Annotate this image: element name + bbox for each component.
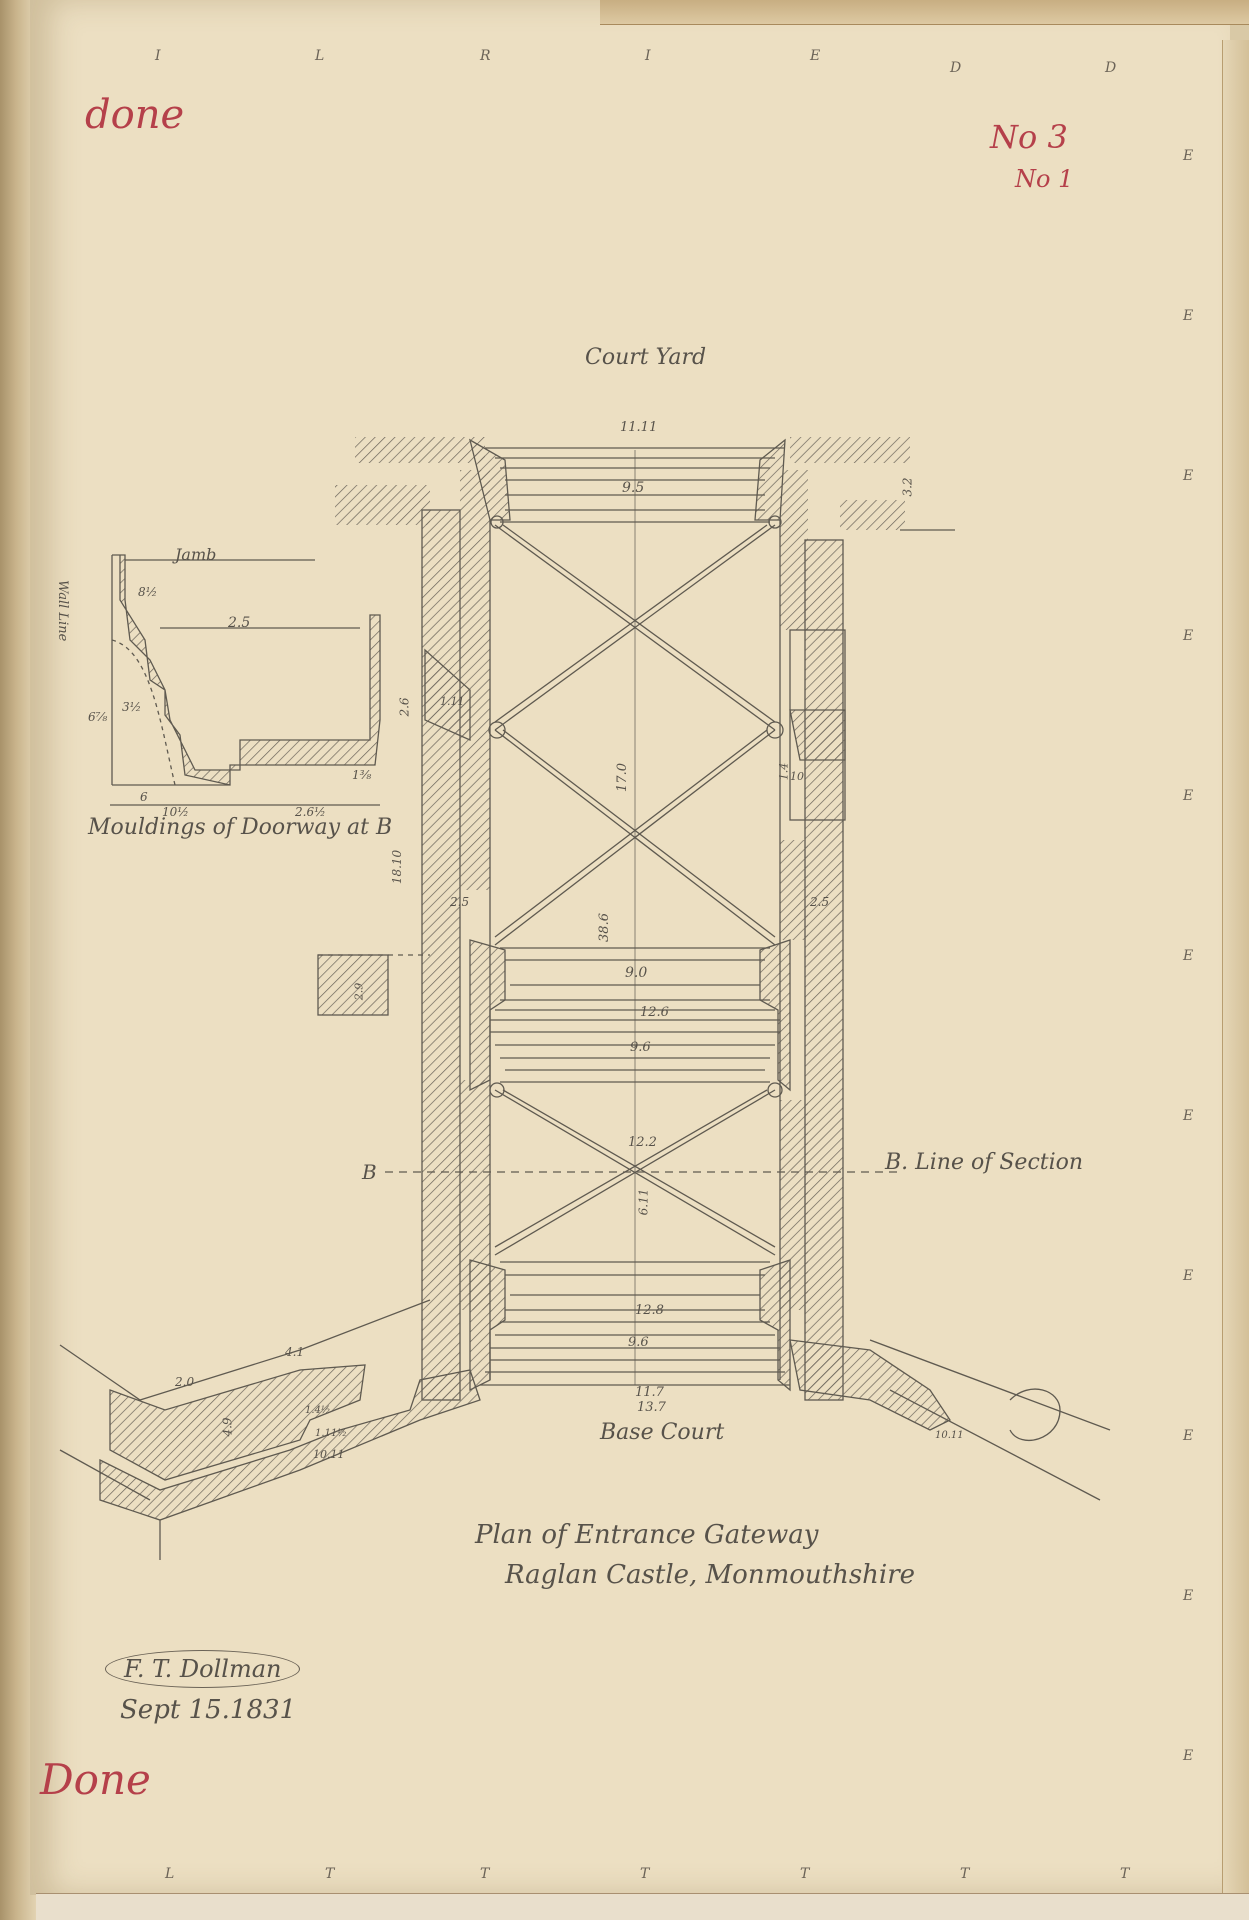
- dim-sw-c: 4.9: [221, 1417, 235, 1436]
- southeast-wing: [790, 1340, 1110, 1500]
- dim-sw-b: 4.1: [285, 1345, 304, 1359]
- done-annotation-bottom: Done: [40, 1755, 151, 1804]
- dim-right-wall: 2.5: [810, 895, 829, 909]
- moulding-dim-5: 10½: [162, 805, 189, 819]
- jamb-label: Jamb: [175, 545, 216, 564]
- dim-top-inner: 9.5: [622, 480, 644, 496]
- svg-text:E: E: [1182, 948, 1193, 964]
- dim-left-wall-c: 2.5: [450, 895, 469, 909]
- svg-text:T: T: [480, 1866, 491, 1882]
- dim-lower-vault: 12.2: [628, 1135, 657, 1150]
- dim-top-width: 11.11: [620, 420, 657, 435]
- dim-mid-lower: 9.6: [630, 1040, 651, 1055]
- dim-sw-e: 1.11½: [315, 1428, 347, 1439]
- moulding-dim-3: 3½: [122, 700, 141, 714]
- dim-left-wall-a: 2.6: [398, 697, 412, 716]
- moulding-dim-1: 8½: [138, 585, 157, 599]
- dim-sw-a: 2.0: [175, 1375, 194, 1389]
- base-court-label: Base Court: [600, 1420, 724, 1445]
- svg-text:E: E: [1182, 628, 1193, 644]
- moulding-dim-2: 6⅞: [88, 710, 107, 724]
- svg-text:E: E: [1182, 468, 1193, 484]
- dim-mid-center: 12.6: [640, 1005, 669, 1020]
- moulding-dim-6: 2.6½: [295, 805, 326, 819]
- svg-text:T: T: [800, 1866, 811, 1882]
- dim-mid-upper: 9.0: [625, 965, 647, 981]
- dim-bottom-inner: 12.8: [635, 1303, 664, 1318]
- moulding-title: Mouldings of Doorway at B: [88, 815, 392, 840]
- svg-text:E: E: [1182, 308, 1193, 324]
- date: Sept 15.1831: [120, 1695, 296, 1725]
- moulding-dim-7: 1⅜: [352, 768, 371, 782]
- svg-text:E: E: [1182, 1268, 1193, 1284]
- dim-right-offset: 3.2: [901, 477, 915, 496]
- section-line-label: B. Line of Section: [885, 1150, 1083, 1175]
- svg-text:I: I: [644, 48, 651, 64]
- svg-text:E: E: [1182, 148, 1193, 164]
- dim-right-recess: 10: [790, 770, 804, 783]
- svg-text:T: T: [960, 1866, 971, 1882]
- court-yard-label: Court Yard: [585, 345, 706, 370]
- svg-text:L: L: [314, 48, 324, 64]
- svg-text:T: T: [325, 1866, 336, 1882]
- dim-se-a: 10.11: [935, 1430, 964, 1441]
- wall-line-label: Wall Line: [55, 580, 70, 641]
- title-line-1: Plan of Entrance Gateway: [475, 1520, 818, 1550]
- svg-text:T: T: [640, 1866, 651, 1882]
- svg-text:I: I: [154, 48, 161, 64]
- dim-left-niche: 1.11: [440, 695, 465, 708]
- svg-text:E: E: [1182, 1108, 1193, 1124]
- dim-bottom-width-a: 11.7: [635, 1385, 664, 1400]
- dim-bottom-lower: 9.6: [628, 1335, 649, 1350]
- dim-sw-d: 1.4½: [305, 1405, 331, 1416]
- margin-marks: ILR IEDD EEE EEE EEE EE LTT TTT T: [154, 48, 1193, 1882]
- southwest-wing: [60, 1300, 480, 1560]
- signature: F. T. Dollman: [105, 1650, 300, 1688]
- dim-lower-vault-depth: 6.11: [636, 1189, 650, 1216]
- lower-vault-ribs: [490, 1083, 782, 1255]
- svg-text:D: D: [949, 60, 961, 76]
- dim-left-wall-b: 18.10: [390, 850, 404, 884]
- number-annotation: No 3: [990, 118, 1068, 156]
- svg-text:E: E: [1182, 1748, 1193, 1764]
- gateway-plan: [60, 437, 1110, 1560]
- svg-text:E: E: [1182, 1428, 1193, 1444]
- svg-text:E: E: [1182, 1588, 1193, 1604]
- dim-right-door: 1.4: [777, 763, 790, 781]
- dim-upper-vault-depth: 17.0: [615, 763, 630, 792]
- dim-left-door: 2.9: [352, 983, 365, 1001]
- dim-sw-f: 10.11: [313, 1448, 345, 1461]
- svg-text:E: E: [809, 48, 820, 64]
- sub-number-annotation: No 1: [1015, 165, 1073, 193]
- dim-bottom-width-b: 13.7: [637, 1400, 666, 1415]
- moulding-dim-4: 6: [140, 790, 148, 804]
- architectural-plan: ILR IEDD EEE EEE EEE EE LTT TTT T: [0, 0, 1249, 1920]
- svg-text:R: R: [479, 48, 491, 64]
- upper-vault-ribs: [489, 516, 783, 945]
- dim-total-depth: 38.6: [597, 913, 612, 942]
- done-annotation-top: done: [85, 92, 184, 138]
- svg-text:E: E: [1182, 788, 1193, 804]
- section-marker-left: B: [362, 1160, 377, 1184]
- svg-text:T: T: [1120, 1866, 1131, 1882]
- svg-text:L: L: [164, 1866, 174, 1882]
- svg-text:D: D: [1104, 60, 1116, 76]
- moulding-dim-width: 2.5: [228, 615, 250, 631]
- title-line-2: Raglan Castle, Monmouthshire: [505, 1560, 915, 1590]
